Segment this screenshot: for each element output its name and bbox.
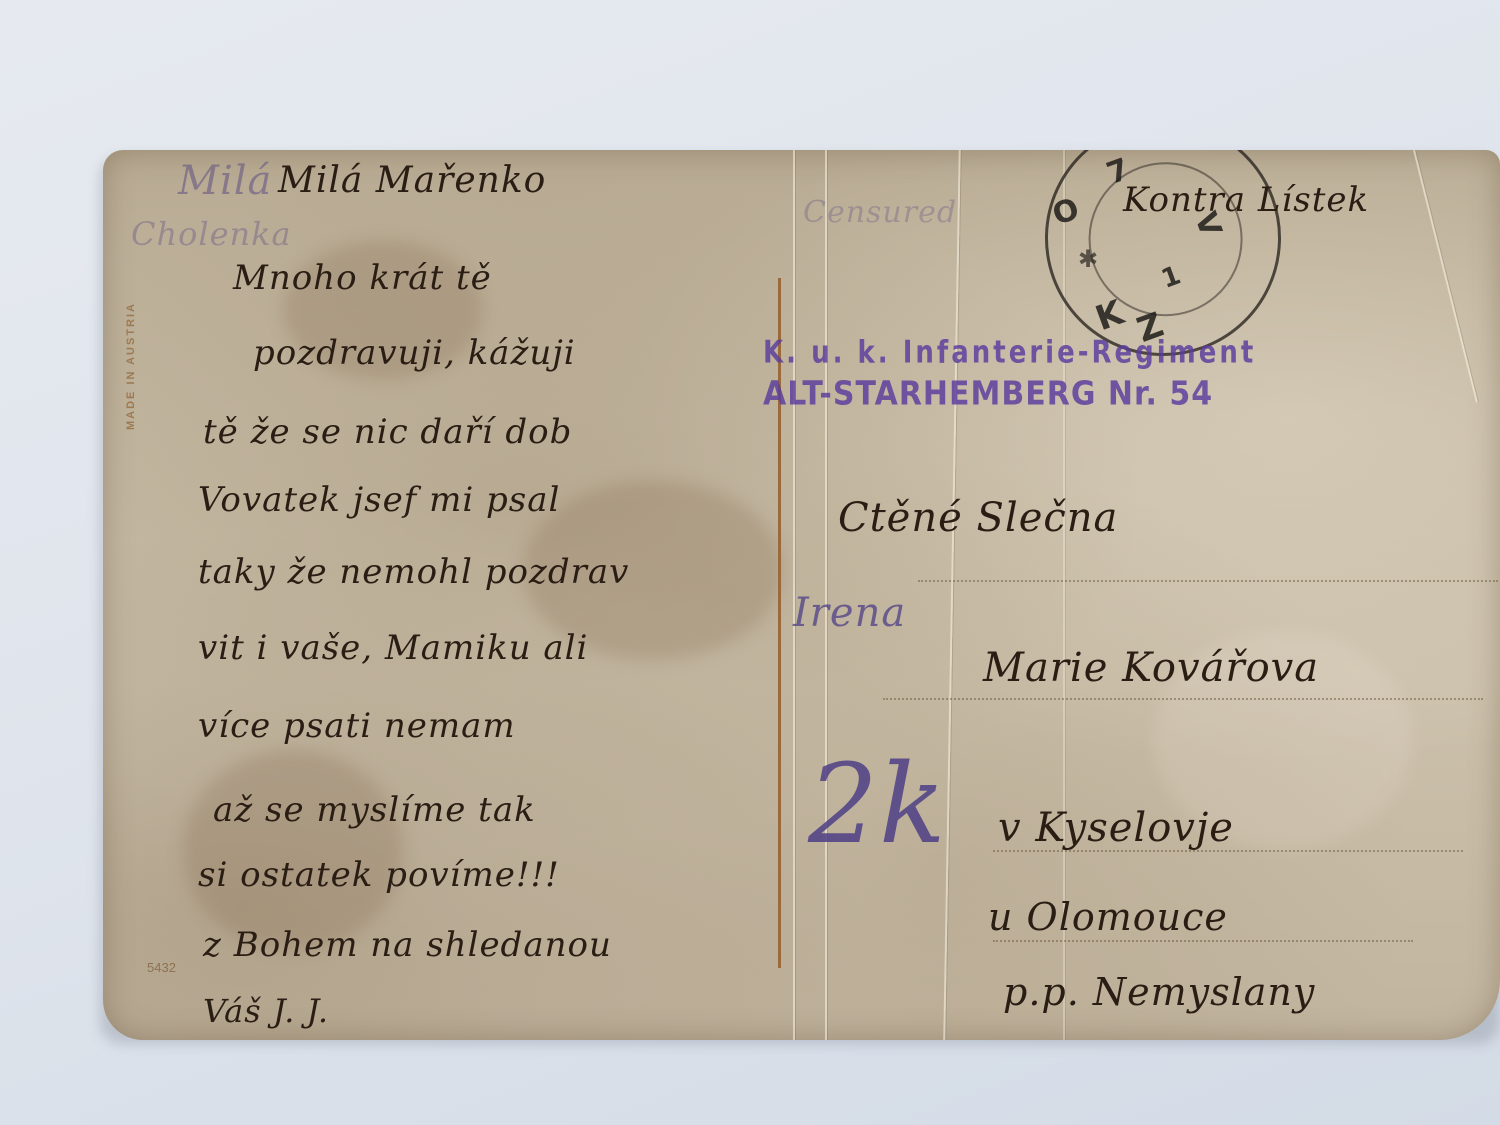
message-line: z Bohem na shledanou [203,925,612,965]
regiment-stamp: K. u. k. Infanterie-Regiment ALT-STARHEM… [763,335,1256,410]
print-number: 5432 [147,960,176,975]
address-line-5: p.p. Nemyslany [1003,970,1315,1014]
postmark-star-icon: ✱ [1078,245,1098,273]
crease [1413,150,1478,403]
message-line: pozdravuji, kážuji [253,333,576,373]
faded-overwrite: Milá [178,158,272,204]
faded-stamp: Censured [803,195,957,230]
message-line: Milá Mařenko [278,160,546,201]
address-rule [993,940,1413,942]
message-line: více psati nemam [198,706,516,746]
postcard: MADE IN AUSTRIA 5432 Milá Cholenka Milá … [103,150,1500,1040]
header-note: Kontra Lístek [1123,180,1369,220]
crease [943,150,961,1040]
address-rule [918,580,1498,582]
message-line: tě že se nic daří dob [203,412,572,452]
address-line-3: v Kyselovje [998,805,1234,851]
message-line: Mnoho krát tě [233,258,492,298]
message-line: až se myslíme tak [213,790,536,830]
address-rule [883,698,1483,700]
pencil-number: 2k [808,740,947,868]
stamp-line-1: K. u. k. Infanterie-Regiment [763,335,1256,371]
stamp-line-2: ALT-STARHEMBERG Nr. 54 [763,375,1256,414]
pencil-note: Irena [793,590,906,636]
postmark-fragment: O [1048,191,1084,233]
address-line-2: Marie Kovářova [983,645,1319,691]
message-line: si ostatek povíme!!! [198,855,560,895]
made-in-austria-print: MADE IN AUSTRIA [125,302,137,430]
message-line: taky že nemohl pozdrav [198,552,629,592]
signature: Váš J. J. [203,992,329,1030]
message-line: vit i vaše, Mamiku ali [198,628,588,668]
stain [183,750,403,950]
message-line: Vovatek jsef mi psal [198,480,560,520]
address-line-1: Ctěné Slečna [838,495,1118,541]
address-line-4: u Olomouce [988,895,1228,939]
faded-smudge: Cholenka [131,215,292,253]
